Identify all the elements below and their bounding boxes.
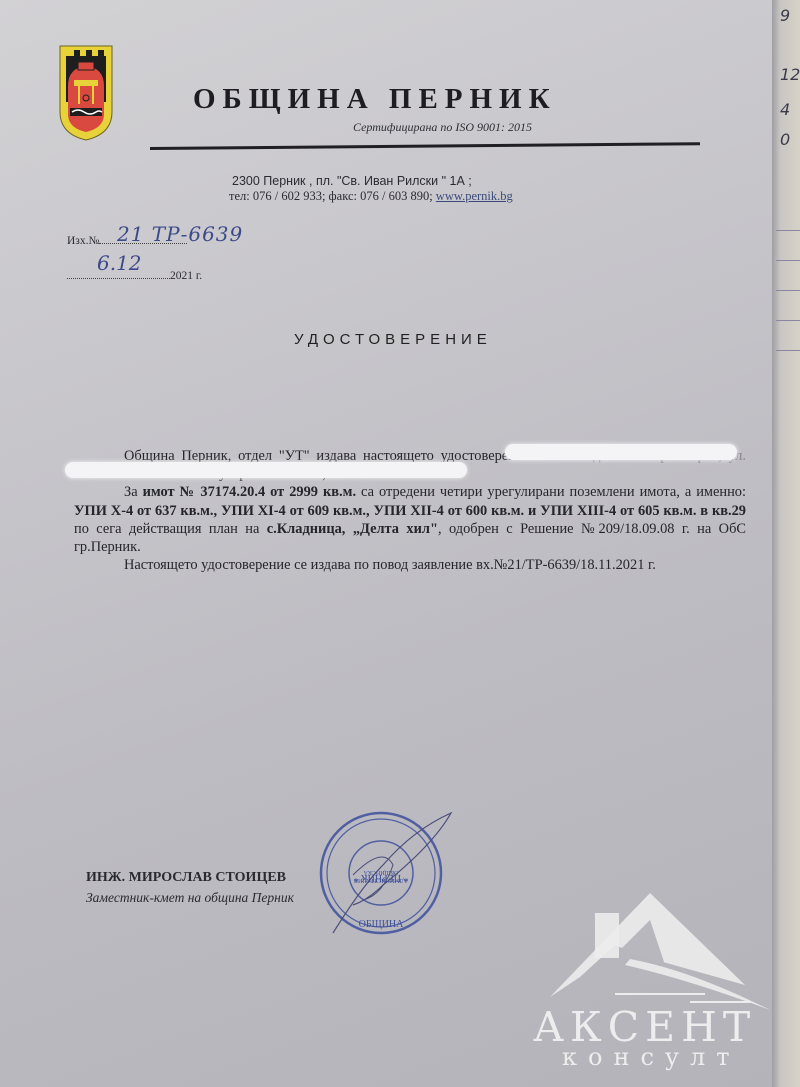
municipality-title: ОБЩИНА ПЕРНИК (193, 83, 557, 116)
svg-text:ОБЩИНА: ОБЩИНА (359, 919, 404, 930)
edge-ruling (776, 260, 800, 261)
signatory-role: Заместник-кмет на община Перник (86, 890, 294, 906)
document-title: УДОСТОВЕРЕНИЕ (294, 331, 492, 348)
iso-certification: Сертифицирана по ISO 9001: 2015 (353, 120, 532, 135)
edge-handwriting: 9 (780, 6, 790, 25)
contacts-line: тел: 076 / 602 933; факс: 076 / 603 890;… (229, 189, 513, 204)
edge-ruling (776, 230, 800, 231)
edge-handwriting: 12 (780, 65, 800, 84)
property-id: имот № 37174.20.4 от 2999 кв.м. (143, 484, 356, 500)
signatory-name: ИНЖ. МИРОСЛАВ СТОИЦЕВ (86, 870, 286, 886)
website-link[interactable]: www.pernik.bg (436, 189, 513, 203)
pernik-coat-of-arms-icon (58, 42, 114, 142)
redaction-mark (505, 444, 737, 460)
date-year: 2021 г. (170, 270, 202, 282)
upi-list: УПИ Х-4 от 637 кв.м., УПИ ХІ-4 от 609 кв… (74, 503, 746, 519)
svg-text:АДМИНИСТРАЦИЯ: АДМИНИСТРАЦИЯ (354, 877, 408, 883)
edge-handwriting: 0 (780, 130, 790, 149)
handwritten-date: 6.12 (97, 251, 142, 275)
outgoing-number-label: Изх.№ (67, 235, 99, 247)
paragraph-property: За имот № 37174.20.4 от 2999 кв.м. са от… (74, 483, 746, 556)
handwritten-reference-number: 21 ТР-6639 (117, 222, 243, 246)
edge-ruling (776, 290, 800, 291)
edge-ruling (776, 350, 800, 351)
edge-handwriting: 4 (780, 100, 790, 119)
phone-fax: тел: 076 / 602 933; факс: 076 / 603 890; (229, 189, 436, 203)
address-line: 2300 Перник , пл. "Св. Иван Рилски " 1А … (232, 174, 472, 188)
svg-text:ОБЩИНСКА: ОБЩИНСКА (363, 869, 399, 875)
location: с.Кладница, „Делта хил" (267, 521, 438, 537)
watermark-subtitle: консулт (562, 1043, 741, 1071)
edge-ruling (776, 320, 800, 321)
official-stamp-icon: * ПЕРНИК * ОБЩИНА ОБЩИНСКА АДМИНИСТРАЦИЯ (313, 805, 453, 940)
paragraph-purpose: Настоящето удостоверение се издава по по… (74, 556, 746, 574)
redaction-mark (65, 462, 467, 478)
